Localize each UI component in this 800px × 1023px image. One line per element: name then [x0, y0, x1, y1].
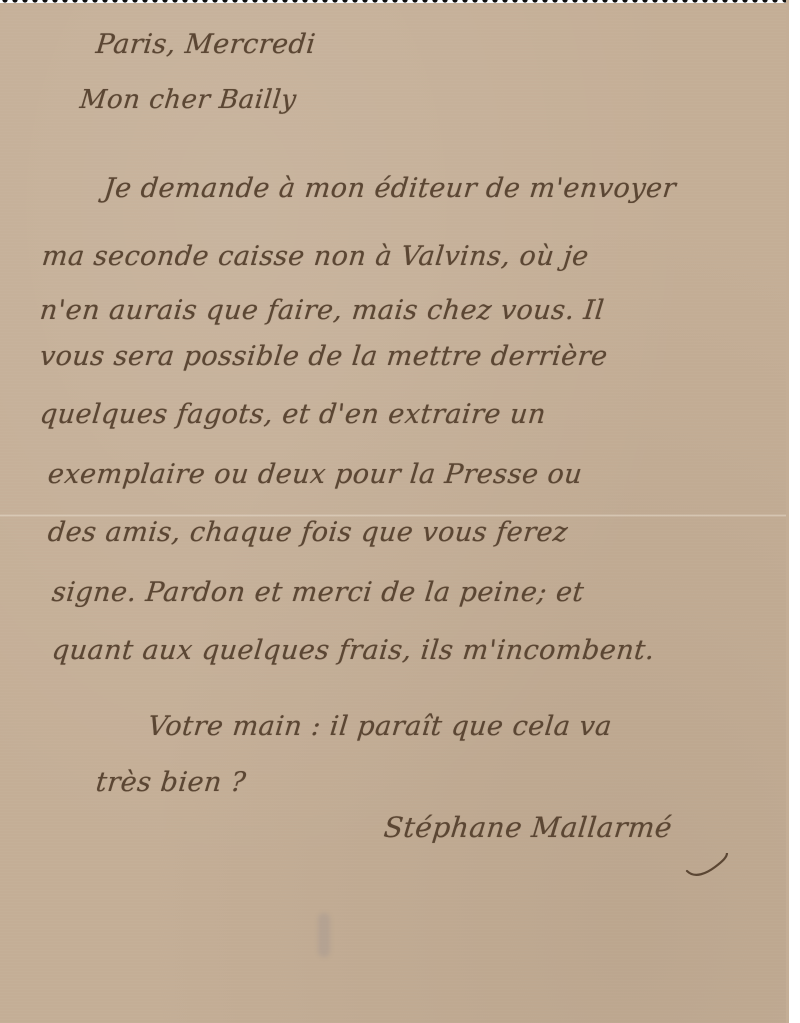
place-date: Paris, Mercredi	[94, 29, 317, 60]
body-line-3: n'en aurais que faire, mais chez vous. I…	[38, 295, 605, 326]
body-line-2: ma seconde caisse non à Valvins, où je	[40, 241, 590, 272]
perforated-top-edge	[0, 0, 800, 6]
postscript-line-1: Votre main : il paraît que cela va	[146, 711, 613, 742]
signature-flourish-icon	[685, 853, 731, 879]
body-line-5: quelques fagots, et d'en extraire un	[38, 399, 547, 430]
body-line-1: Je demande à mon éditeur de m'envoyer	[102, 173, 677, 204]
body-line-8: signe. Pardon et merci de la peine; et	[50, 577, 585, 608]
body-line-6: exemplaire ou deux pour la Presse ou	[46, 459, 584, 490]
letter-paper: Paris, Mercredi Mon cher Bailly Je deman…	[0, 3, 788, 1023]
body-line-9: quant aux quelques frais, ils m'incomben…	[50, 635, 656, 666]
postscript-line-2: très bien ?	[94, 767, 247, 798]
signature: Stéphane Mallarmé	[382, 811, 674, 844]
salutation: Mon cher Bailly	[78, 85, 298, 115]
body-line-4: vous sera possible de la mettre derrière	[38, 341, 609, 372]
ink-smudge	[318, 913, 330, 957]
perforated-right-edge	[786, 0, 800, 1023]
body-line-7: des amis, chaque fois que vous ferez	[46, 517, 569, 548]
